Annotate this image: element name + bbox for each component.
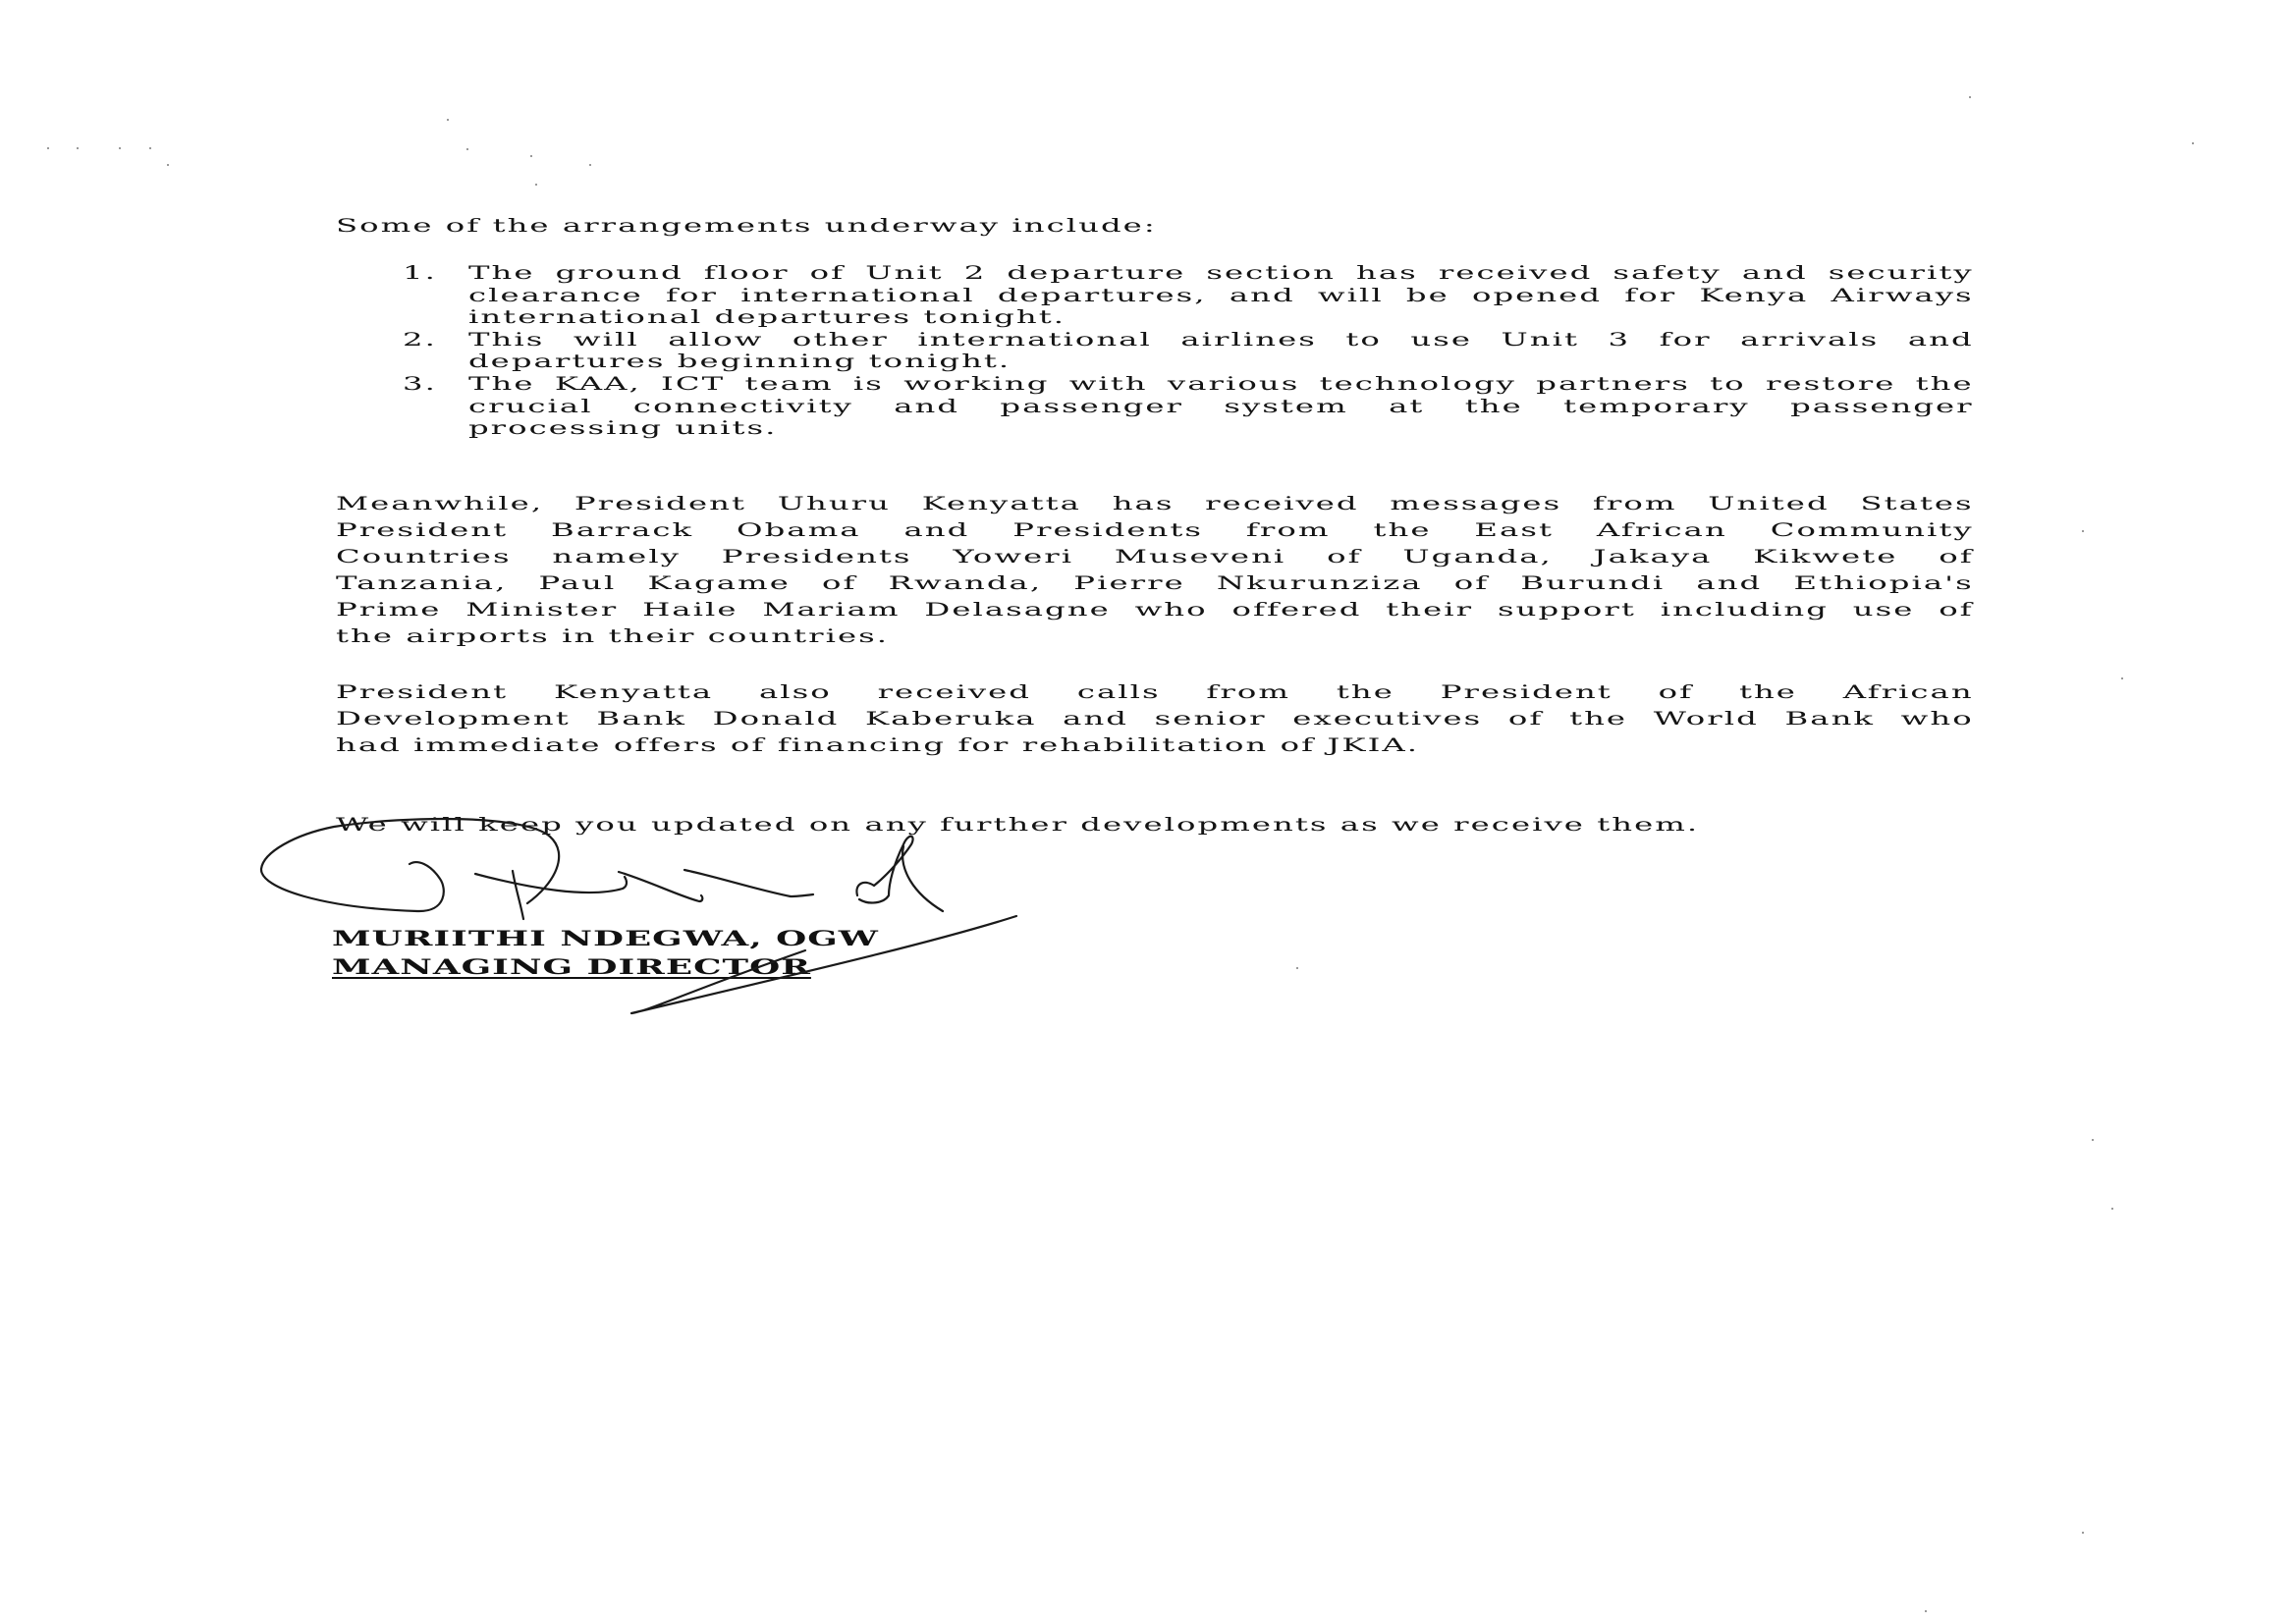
list-item: 2. This will allow other international a…: [336, 329, 1974, 373]
list-item-line: departures beginning tonight.: [468, 351, 1974, 373]
closing-line: We will keep you updated on any further …: [336, 812, 1974, 839]
messages-paragraph: Meanwhile, President Uhuru Kenyatta has …: [336, 491, 1974, 650]
paragraph-line: had immediate offers of financing for re…: [336, 732, 1974, 759]
list-item-line: crucial connectivity and passenger syste…: [468, 396, 1974, 418]
paragraph-line: Meanwhile, President Uhuru Kenyatta has …: [336, 491, 1974, 517]
closing-paragraph: We will keep you updated on any further …: [336, 812, 1974, 839]
paragraph-line: Prime Minister Haile Mariam Delasagne wh…: [336, 597, 1974, 623]
signatory-title: MANAGING DIRECTOR: [332, 952, 1334, 981]
list-item-line: The ground floor of Unit 2 departure sec…: [468, 262, 1974, 285]
intro-paragraph: Some of the arrangements underway includ…: [336, 213, 1974, 240]
paragraph-line: Countries namely Presidents Yoweri Musev…: [336, 544, 1974, 570]
list-item: 1. The ground floor of Unit 2 departure …: [336, 262, 1974, 329]
list-item-line: processing units.: [468, 417, 1974, 440]
signatory-name: MURIITHI NDEGWA, OGW: [332, 924, 1334, 952]
paragraph-line: President Barrack Obama and Presidents f…: [336, 517, 1974, 544]
letter-page: Some of the arrangements underway includ…: [0, 0, 2296, 1623]
signatory-title-text: MANAGING DIRECTOR: [332, 954, 811, 979]
intro-line: Some of the arrangements underway includ…: [336, 213, 1974, 240]
list-item-number: 2.: [403, 329, 437, 352]
list-item-number: 3.: [403, 373, 437, 396]
paragraph-line: President Kenyatta also received calls f…: [336, 679, 1974, 706]
list-item-line: The KAA, ICT team is working with variou…: [468, 373, 1974, 396]
paragraph-line: Tanzania, Paul Kagame of Rwanda, Pierre …: [336, 570, 1974, 597]
arrangements-list: 1. The ground floor of Unit 2 departure …: [336, 262, 1974, 440]
calls-paragraph: President Kenyatta also received calls f…: [336, 679, 1974, 759]
list-item-line: international departures tonight.: [468, 306, 1974, 329]
list-item-line: clearance for international departures, …: [468, 285, 1974, 307]
list-item-number: 1.: [403, 262, 437, 285]
list-item: 3. The KAA, ICT team is working with var…: [336, 373, 1974, 440]
paragraph-line: Development Bank Donald Kaberuka and sen…: [336, 706, 1974, 732]
paragraph-line: the airports in their countries.: [336, 623, 1974, 650]
list-item-line: This will allow other international airl…: [468, 329, 1974, 352]
